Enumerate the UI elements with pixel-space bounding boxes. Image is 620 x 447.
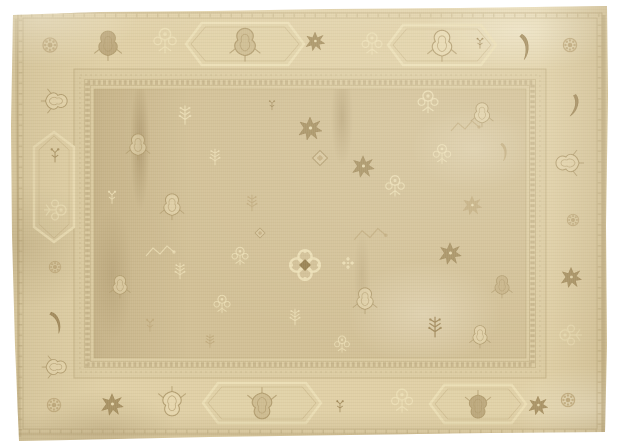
rug: [10, 5, 610, 442]
rug-photo: [0, 0, 620, 447]
rug-ornament-layer: [10, 5, 610, 442]
